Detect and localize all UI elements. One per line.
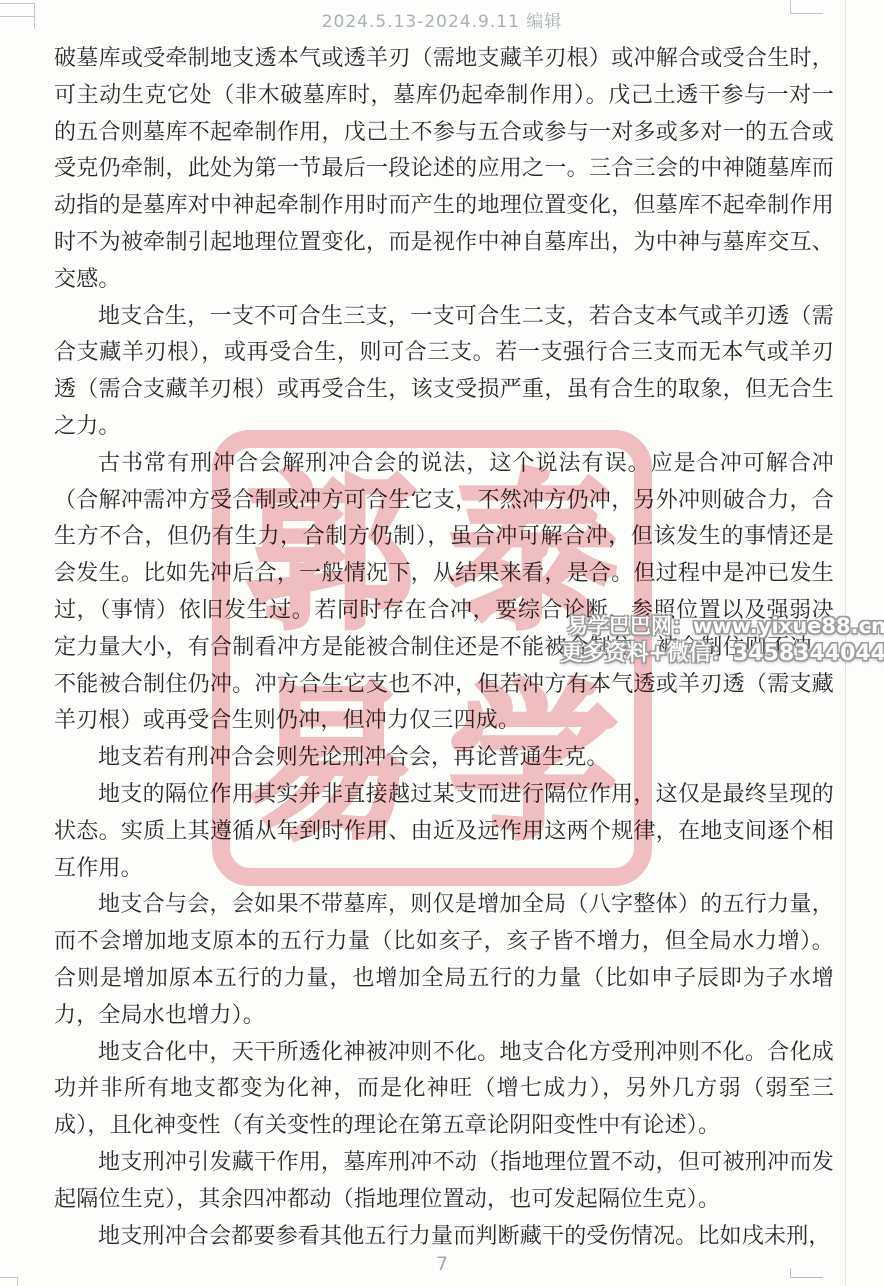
- crop-mark-bottom-right: [790, 1277, 823, 1278]
- paragraph: 地支的隔位作用其实并非直接越过某支而进行隔位作用，这仅是最终呈现的状态。实质上其…: [54, 776, 834, 886]
- document-body: 破墓库或受牵制地支透本气或透羊刃（需地支藏羊刃根）或冲解合或受合生时，可主动生克…: [54, 40, 834, 1254]
- paragraph: 古书常有刑冲合会解刑冲合会的说法，这个说法有误。应是合冲可解合冲（合解冲需冲方受…: [54, 445, 834, 739]
- header-edit-note: 2024.5.13-2024.9.11 编辑: [0, 7, 884, 32]
- page-number: 7: [0, 1253, 884, 1275]
- paragraph: 地支若有刑冲合会则先论刑冲合会，再论普通生克。: [54, 739, 834, 776]
- paragraph: 破墓库或受牵制地支透本气或透羊刃（需地支藏羊刃根）或冲解合或受合生时，可主动生克…: [54, 40, 834, 298]
- paragraph: 地支合化中，天干所透化神被冲则不化。地支合化方受刑冲则不化。合化成功并非所有地支…: [54, 1034, 834, 1144]
- crop-mark-bottom-left: [0, 1277, 18, 1286]
- paragraph: 地支合与会，会如果不带墓库，则仅是增加全局（八字整体）的五行力量，而不会增加地支…: [54, 886, 834, 1033]
- page-edge-line: [845, 0, 846, 1286]
- paragraph: 地支刑冲引发藏干作用，墓库刑冲不动（指地理位置不动，但可被刑冲而发起隔位生克），…: [54, 1144, 834, 1218]
- scanned-document-page: { "page": { "header_note": "2024.5.13-20…: [0, 0, 884, 1286]
- paragraph: 地支合生，一支不可合生三支，一支可合生二支，若合支本气或羊刃透（需合支藏羊刃根）…: [54, 298, 834, 445]
- paragraph: 地支刑冲合会都要参看其他五行力量而判断藏干的受伤情况。比如戌未刑，: [54, 1218, 834, 1255]
